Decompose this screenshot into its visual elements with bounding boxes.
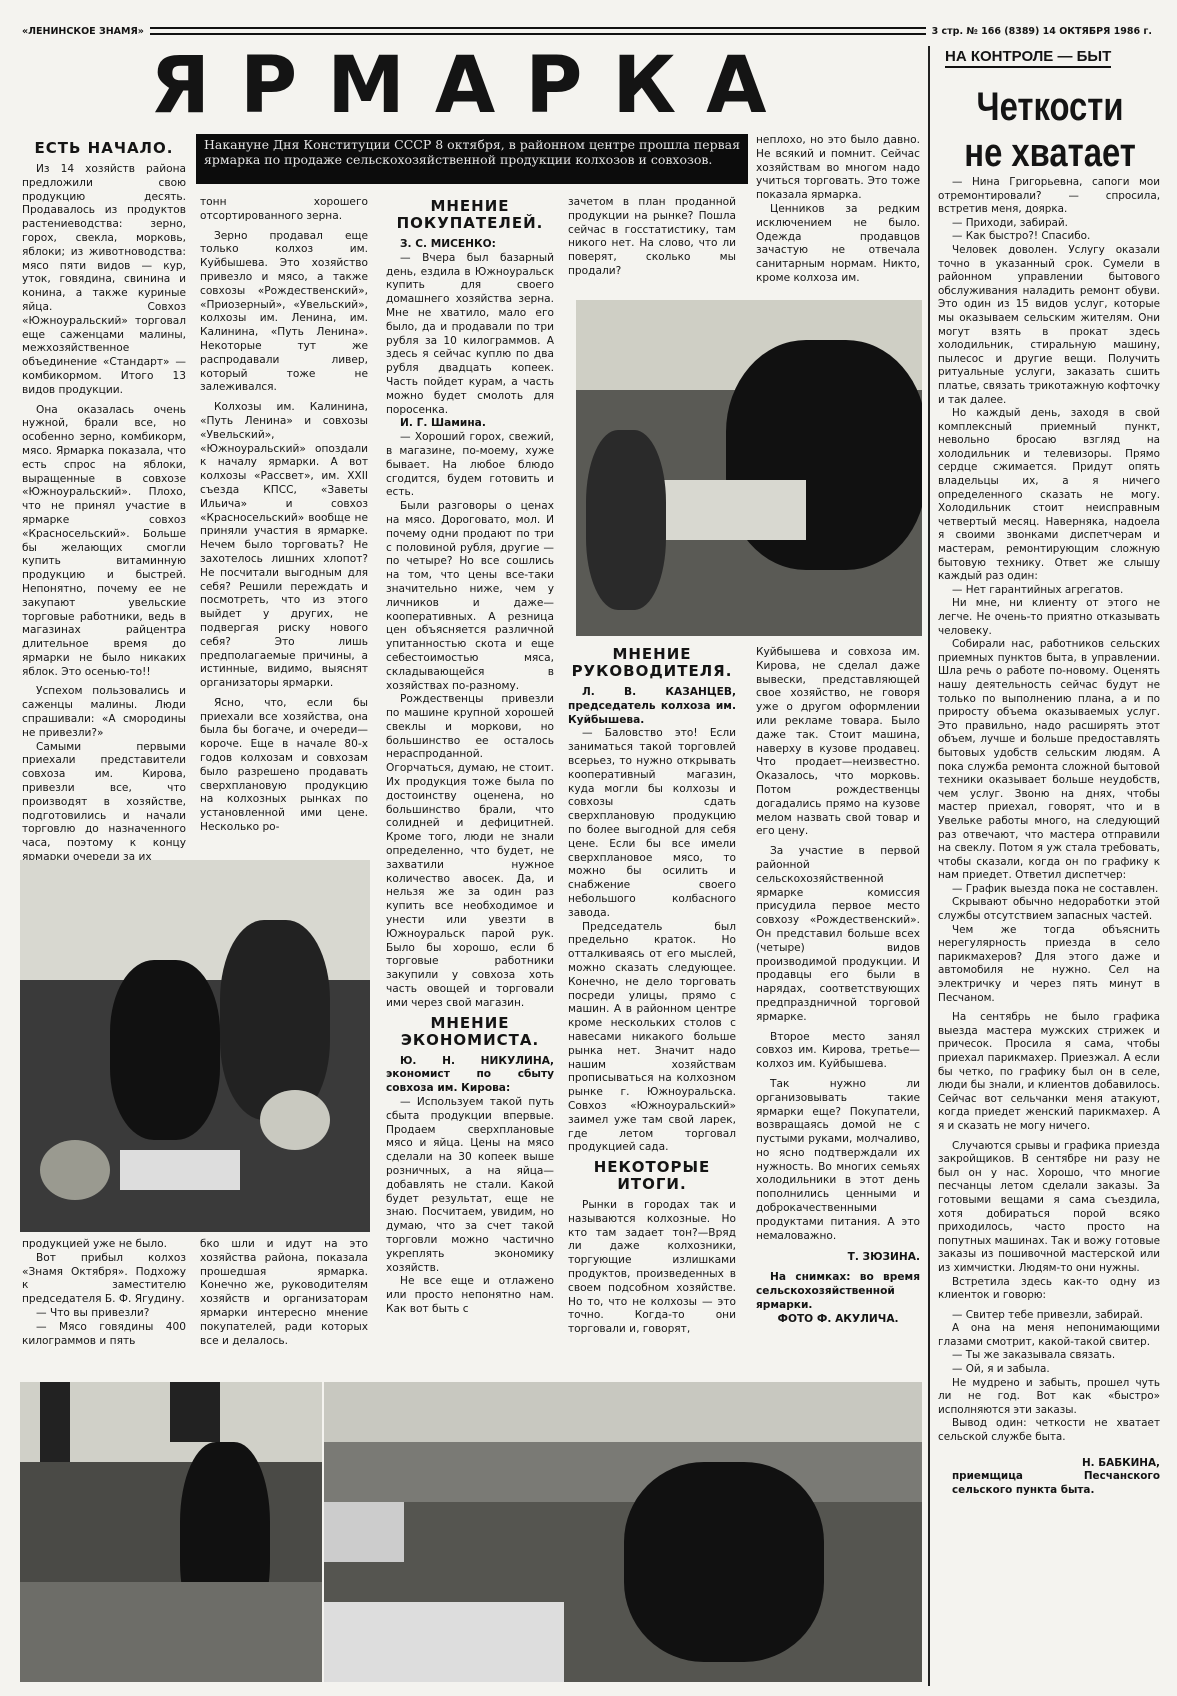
photo-seller-with-eggs (20, 860, 370, 1232)
paragraph: — Приходи, забирай. (938, 217, 1160, 231)
paragraph: Из 14 хозяйств района предложили свою пр… (22, 163, 186, 398)
paragraph: — Используем такой путь сбыта продукции … (386, 1096, 554, 1275)
byline: И. Г. Шамина. (386, 417, 554, 431)
paragraph: Рождественцы привезли по машине крупной … (386, 693, 554, 1010)
paragraph: Вывод один: четкости не хватает сельской… (938, 1417, 1160, 1444)
photo-credit: ФОТО Ф. АКУЛИЧА. (756, 1313, 920, 1327)
paragraph: — График выезда пока не составлен. (938, 883, 1160, 897)
paragraph: зачетом в план проданной продукции на ры… (568, 196, 736, 279)
signature: Т. ЗЮЗИНА. (756, 1251, 920, 1265)
section-heading-mnenie-rukovoditelya: МНЕНИЕ РУКОВОДИТЕЛЯ. (568, 646, 736, 680)
side-title-line2: не хватает (950, 130, 1150, 176)
paragraph: Человек доволен. Услугу оказали точно в … (938, 244, 1160, 407)
paragraph: продукцией уже не было. (22, 1238, 186, 1252)
column-1: ЕСТЬ НАЧАЛО. Из 14 хозяйств района предл… (22, 136, 186, 865)
side-rubric: НА КОНТРОЛЕ — БЫТ (945, 48, 1111, 68)
section-heading-est-nachalo: ЕСТЬ НАЧАЛО. (22, 140, 186, 157)
paragraph: — Баловство это! Если заниматься такой т… (568, 727, 736, 920)
paragraph: — Нет гарантийных агрегатов. (938, 584, 1160, 598)
paragraph: Не мудрено и забыть, прошел чуть ли не г… (938, 1377, 1160, 1418)
paragraph: — Хороший горох, свежий, в магазине, по-… (386, 431, 554, 500)
lead-box: Накануне Дня Конституции СССР 8 октября,… (196, 134, 748, 184)
side-signature-name: Н. БАБКИНА, (938, 1457, 1160, 1471)
paragraph: — Что вы привезли? (22, 1307, 186, 1321)
column-2: тонн хорошего отсортированного зерна. Зе… (200, 196, 368, 835)
paragraph: Рынки в городах так и называются колхозн… (568, 1199, 736, 1337)
paragraph: Успехом пользовались и саженцы малины. Л… (22, 685, 186, 740)
side-article-title: Четкости не хватает (950, 84, 1150, 176)
photo-caption: На снимках: во время сельскохозяйственно… (756, 1271, 920, 1312)
paragraph: Ни мне, ни клиенту от этого не легче. Не… (938, 597, 1160, 638)
paragraph: Ясно, что, если бы приехали все хозяйств… (200, 697, 368, 835)
paragraph: На сентябрь не было графика выезда масте… (938, 1011, 1160, 1133)
paragraph: Случаются срывы и графика приезда закрой… (938, 1140, 1160, 1276)
masthead-rule (150, 27, 926, 35)
paragraph: Ценников за редким исключением не было. … (756, 203, 920, 286)
page-title: ЯРМАРКА (150, 44, 790, 129)
section-heading-mnenie-ekonomista: МНЕНИЕ ЭКОНОМИСТА. (386, 1015, 554, 1049)
paragraph: Скрывают обычно недоработки этой службы … (938, 896, 1160, 923)
section-heading-mnenie-pokupateley: МНЕНИЕ ПОКУПАТЕЛЕЙ. (386, 198, 554, 232)
byline: Ю. Н. НИКУЛИНА, экономист по сбыту совхо… (386, 1055, 554, 1096)
paragraph: — Вчера был базарный день, ездила в Южно… (386, 252, 554, 418)
paragraph: Были разговоры о ценах на мясо. Дорогова… (386, 500, 554, 693)
paragraph: Вот прибыл колхоз «Знамя Октября». Подхо… (22, 1252, 186, 1307)
paragraph: — Мясо говядины 400 килограммов и пять (22, 1321, 186, 1349)
column-4: МНЕНИЕ РУКОВОДИТЕЛЯ. Л. В. КАЗАНЦЕВ, пре… (568, 642, 736, 1337)
paragraph: — Свитер тебе привезли, забирай. (938, 1309, 1160, 1323)
side-signature-role: приемщица Песчанского сельского пункта б… (938, 1470, 1160, 1497)
paragraph: Второе место занял совхоз им. Кирова, тр… (756, 1031, 920, 1072)
paragraph: — Как быстро?! Спасибо. (938, 230, 1160, 244)
paragraph: Самыми первыми приехали представители со… (22, 741, 186, 865)
paragraph: бко шли и идут на это хозяйства района, … (200, 1238, 368, 1348)
byline: З. С. МИСЕНКО: (386, 238, 554, 252)
column-divider (928, 46, 930, 1686)
column-1-bottom: продукцией уже не было. Вот прибыл колхо… (22, 1238, 186, 1348)
side-title-line1: Четкости (950, 84, 1150, 130)
paragraph: неплохо, но это было давно. Не всякий и … (756, 134, 920, 203)
paragraph: Куйбышева и совхоза им. Кирова, не сдела… (756, 646, 920, 839)
column-2-bottom: бко шли и идут на это хозяйства района, … (200, 1238, 368, 1348)
masthead: «ЛЕНИНСКОЕ ЗНАМЯ» 3 стр. № 166 (8389) 14… (22, 24, 1152, 38)
paragraph: Чем же тогда объяснить нерегулярность пр… (938, 924, 1160, 1006)
paragraph: Колхозы им. Калинина, «Путь Ленина» и со… (200, 401, 368, 691)
photo-seller-truck-bed (20, 1382, 322, 1682)
paragraph: тонн хорошего отсортированного зерна. (200, 196, 368, 224)
issue-info: 3 стр. № 166 (8389) 14 ОКТЯБРЯ 1986 г. (932, 26, 1152, 37)
column-4-top: зачетом в план проданной продукции на ры… (568, 196, 736, 279)
paragraph: Но каждый день, заходя в свой комплексны… (938, 407, 1160, 584)
column-5-top: неплохо, но это было давно. Не всякий и … (756, 134, 920, 286)
photo-trucks-street (324, 1382, 922, 1682)
paragraph: Не все еще и отлажено или просто непонят… (386, 1275, 554, 1316)
paragraph: За участие в первой районной сельскохозя… (756, 845, 920, 1024)
paragraph: Встретила здесь как-то одну из клиенток … (938, 1276, 1160, 1303)
section-heading-nekotorye-itogi: НЕКОТОРЫЕ ИТОГИ. (568, 1159, 736, 1193)
paragraph: — Нина Григорьевна, сапоги мои отремонти… (938, 176, 1160, 217)
column-5: Куйбышева и совхоза им. Кирова, не сдела… (756, 646, 920, 1326)
paragraph: Собирали нас, работников сельских приемн… (938, 638, 1160, 883)
paragraph: А она на меня непонимающими глазами смот… (938, 1322, 1160, 1349)
photo-fair-crowd-table (576, 300, 922, 636)
paragraph: Председатель был предельно краток. Но от… (568, 921, 736, 1156)
paragraph: — Ты же заказывала связать. (938, 1349, 1160, 1363)
side-article-body: — Нина Григорьевна, сапоги мои отремонти… (938, 176, 1160, 1497)
paper-name: «ЛЕНИНСКОЕ ЗНАМЯ» (22, 26, 144, 37)
paragraph: Так нужно ли организовывать такие ярмарк… (756, 1078, 920, 1244)
paragraph: Она оказалась очень нужной, брали все, н… (22, 404, 186, 680)
paragraph: — Ой, я и забыла. (938, 1363, 1160, 1377)
column-3: МНЕНИЕ ПОКУПАТЕЛЕЙ. З. С. МИСЕНКО: — Вче… (386, 194, 554, 1317)
paragraph: Зерно продавал еще только колхоз им. Куй… (200, 230, 368, 396)
byline: Л. В. КАЗАНЦЕВ, председатель колхоза им.… (568, 686, 736, 727)
